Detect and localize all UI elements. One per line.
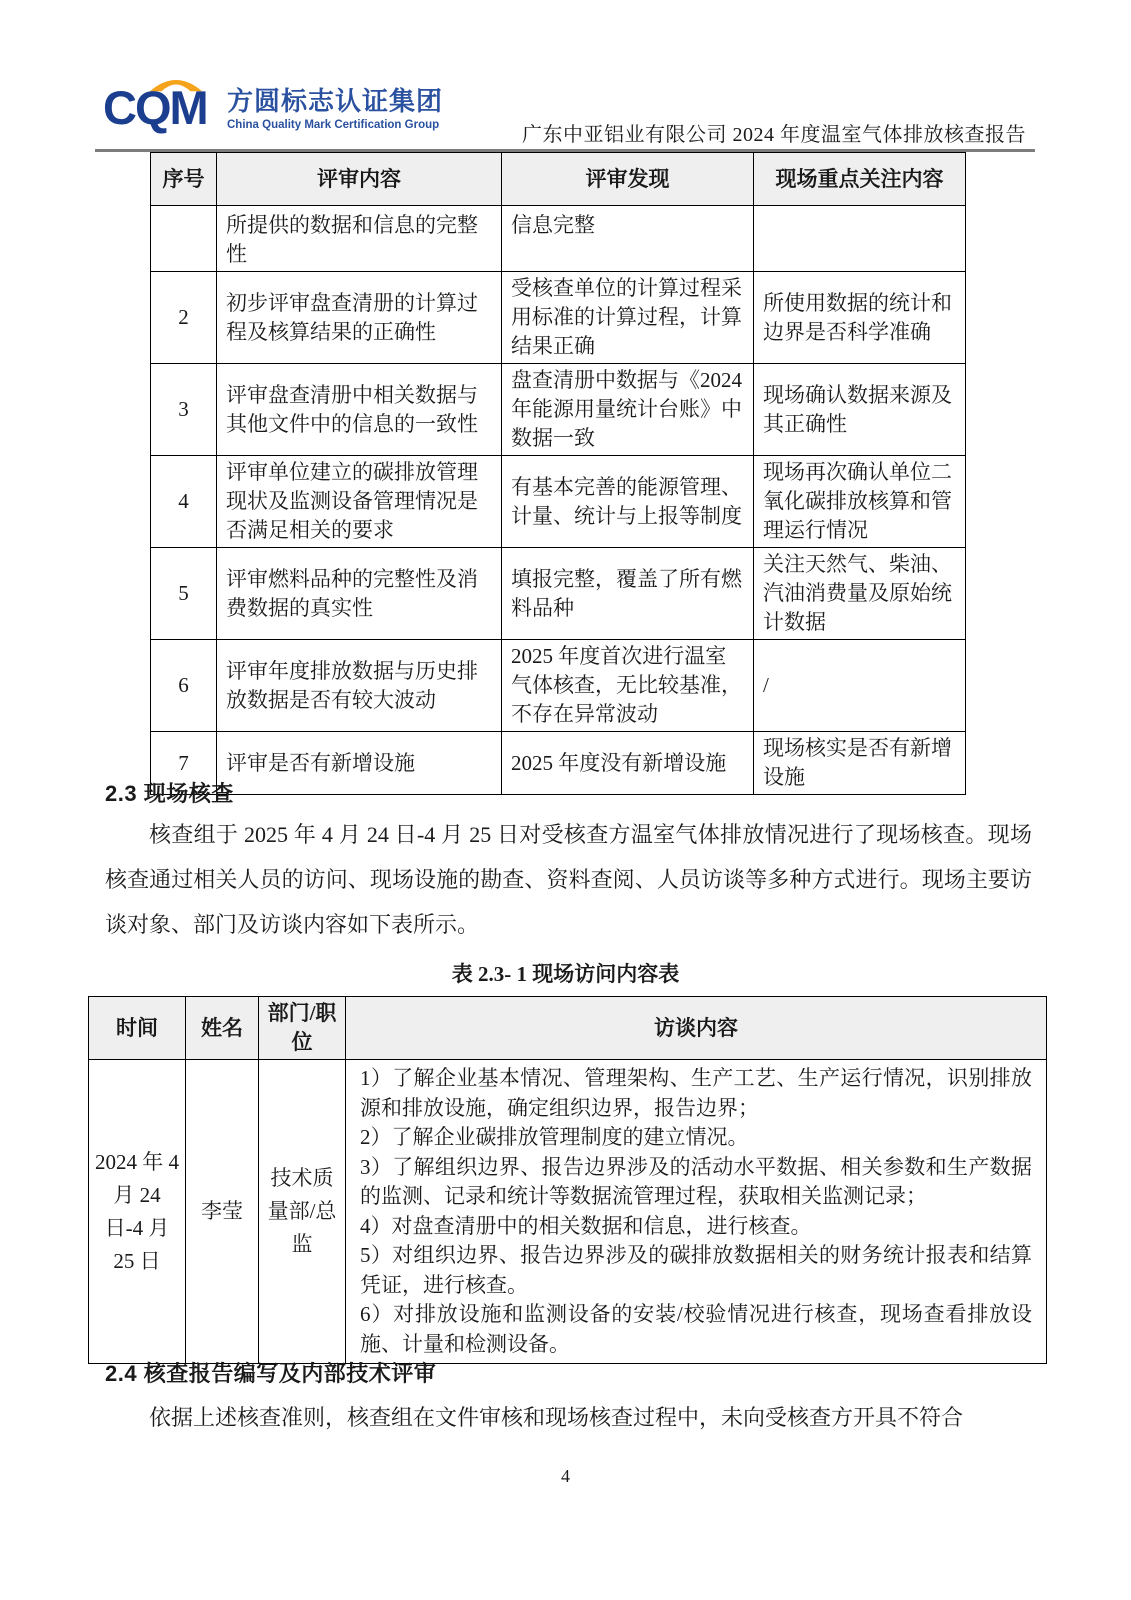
logo-names: 方圆标志认证集团 China Quality Mark Certificatio… xyxy=(227,87,443,132)
finding-cell: 盘查清册中数据与《2024 年能源用量统计台账》中数据一致 xyxy=(502,364,754,456)
col-header-finding: 评审发现 xyxy=(502,153,754,206)
name-cell: 李莹 xyxy=(186,1060,259,1364)
seq-cell: 2 xyxy=(151,272,217,364)
interview-item: 3）了解组织边界、报告边界涉及的活动水平数据、相关参数和生产数据的监测、记录和统… xyxy=(360,1153,1032,1212)
interview-item: 5）对组织边界、报告边界涉及的碳排放数据相关的财务统计报表和结算凭证，进行核查。 xyxy=(360,1241,1032,1300)
finding-cell: 2025 年度首次进行温室气体核查，无比较基准，不存在异常波动 xyxy=(502,640,754,732)
col-header-seq: 序号 xyxy=(151,153,217,206)
time-cell: 2024 年 4 月 24 日-4 月 25 日 xyxy=(89,1060,186,1364)
logo-name-en: China Quality Mark Certification Group xyxy=(227,119,443,133)
review-table: 序号 评审内容 评审发现 现场重点关注内容 所提供的数据和信息的完整性 信息完整… xyxy=(150,152,966,795)
visit-table-caption: 表 2.3- 1 现场访问内容表 xyxy=(0,958,1131,988)
review-table-row: 7 评审是否有新增设施 2025 年度没有新增设施 现场核实是否有新增设施 xyxy=(151,732,966,795)
focus-cell xyxy=(754,206,966,272)
focus-cell: 关注天然气、柴油、汽油消费量及原始统计数据 xyxy=(754,548,966,640)
review-table-row: 6 评审年度排放数据与历史排放数据是否有较大波动 2025 年度首次进行温室气体… xyxy=(151,640,966,732)
cqm-logo: CQM 方圆标志认证集团 China Quality Mark Certific… xyxy=(103,76,523,150)
seq-cell: 5 xyxy=(151,548,217,640)
seq-cell: 6 xyxy=(151,640,217,732)
finding-cell: 填报完整，覆盖了所有燃料品种 xyxy=(502,548,754,640)
interview-item: 4）对盘查清册中的相关数据和信息，进行核查。 xyxy=(360,1212,1032,1242)
content-cell: 所提供的数据和信息的完整性 xyxy=(217,206,502,272)
focus-cell: 现场核实是否有新增设施 xyxy=(754,732,966,795)
review-table-header-row: 序号 评审内容 评审发现 现场重点关注内容 xyxy=(151,153,966,206)
seq-cell: 3 xyxy=(151,364,217,456)
content-cell: 评审年度排放数据与历史排放数据是否有较大波动 xyxy=(217,640,502,732)
dept-cell: 技术质量部/总监 xyxy=(259,1060,346,1364)
logo-acronym: CQM xyxy=(103,84,207,131)
focus-cell: 现场再次确认单位二氧化碳排放核算和管理运行情况 xyxy=(754,456,966,548)
section-2-4-paragraph: 依据上述核查准则，核查组在文件审核和现场核查过程中，未向受核查方开具不符合 xyxy=(105,1395,1032,1440)
interview-content-cell: 1）了解企业基本情况、管理架构、生产工艺、生产运行情况，识别排放源和排放设施，确… xyxy=(346,1060,1047,1364)
visit-table-row: 2024 年 4 月 24 日-4 月 25 日 李莹 技术质量部/总监 1）了… xyxy=(89,1060,1047,1364)
section-2-3-paragraph: 核查组于 2025 年 4 月 24 日-4 月 25 日对受核查方温室气体排放… xyxy=(105,812,1032,947)
review-table-row: 2 初步评审盘查清册的计算过程及核算结果的正确性 受核查单位的计算过程采用标准的… xyxy=(151,272,966,364)
col-header-focus: 现场重点关注内容 xyxy=(754,153,966,206)
finding-cell: 2025 年度没有新增设施 xyxy=(502,732,754,795)
col-header-time: 时间 xyxy=(89,997,186,1060)
content-cell: 评审燃料品种的完整性及消费数据的真实性 xyxy=(217,548,502,640)
page-number: 4 xyxy=(0,1466,1131,1487)
focus-cell: 所使用数据的统计和边界是否科学准确 xyxy=(754,272,966,364)
col-header-name: 姓名 xyxy=(186,997,259,1060)
col-header-dept: 部门/职位 xyxy=(259,997,346,1060)
focus-cell: 现场确认数据来源及其正确性 xyxy=(754,364,966,456)
col-header-content: 评审内容 xyxy=(217,153,502,206)
finding-cell: 受核查单位的计算过程采用标准的计算过程，计算结果正确 xyxy=(502,272,754,364)
section-2-4-heading: 2.4 核查报告编写及内部技术评审 xyxy=(105,1360,436,1388)
review-table-row: 3 评审盘查清册中相关数据与其他文件中的信息的一致性 盘查清册中数据与《2024… xyxy=(151,364,966,456)
document-title: 广东中亚铝业有限公司 2024 年度温室气体排放核查报告 xyxy=(522,118,1026,147)
col-header-interview: 访谈内容 xyxy=(346,997,1047,1060)
logo-name-cn: 方圆标志认证集团 xyxy=(227,87,443,116)
interview-item: 2）了解企业碳排放管理制度的建立情况。 xyxy=(360,1123,1032,1153)
content-cell: 评审单位建立的碳排放管理现状及监测设备管理情况是否满足相关的要求 xyxy=(217,456,502,548)
review-table-row: 所提供的数据和信息的完整性 信息完整 xyxy=(151,206,966,272)
finding-cell: 信息完整 xyxy=(502,206,754,272)
section-2-3-heading: 2.3 现场核查 xyxy=(105,780,234,808)
interview-item: 1）了解企业基本情况、管理架构、生产工艺、生产运行情况，识别排放源和排放设施，确… xyxy=(360,1064,1032,1123)
visit-table-header-row: 时间 姓名 部门/职位 访谈内容 xyxy=(89,997,1047,1060)
focus-cell: / xyxy=(754,640,966,732)
report-page: CQM 方圆标志认证集团 China Quality Mark Certific… xyxy=(0,0,1131,1600)
content-cell: 评审盘查清册中相关数据与其他文件中的信息的一致性 xyxy=(217,364,502,456)
review-table-row: 4 评审单位建立的碳排放管理现状及监测设备管理情况是否满足相关的要求 有基本完善… xyxy=(151,456,966,548)
seq-cell: 4 xyxy=(151,456,217,548)
content-cell: 评审是否有新增设施 xyxy=(217,732,502,795)
review-table-row: 5 评审燃料品种的完整性及消费数据的真实性 填报完整，覆盖了所有燃料品种 关注天… xyxy=(151,548,966,640)
seq-cell xyxy=(151,206,217,272)
finding-cell: 有基本完善的能源管理、计量、统计与上报等制度 xyxy=(502,456,754,548)
interview-item: 6）对排放设施和监测设备的安装/校验情况进行核查，现场查看排放设施、计量和检测设… xyxy=(360,1300,1032,1359)
content-cell: 初步评审盘查清册的计算过程及核算结果的正确性 xyxy=(217,272,502,364)
visit-table: 时间 姓名 部门/职位 访谈内容 2024 年 4 月 24 日-4 月 25 … xyxy=(88,996,1047,1364)
